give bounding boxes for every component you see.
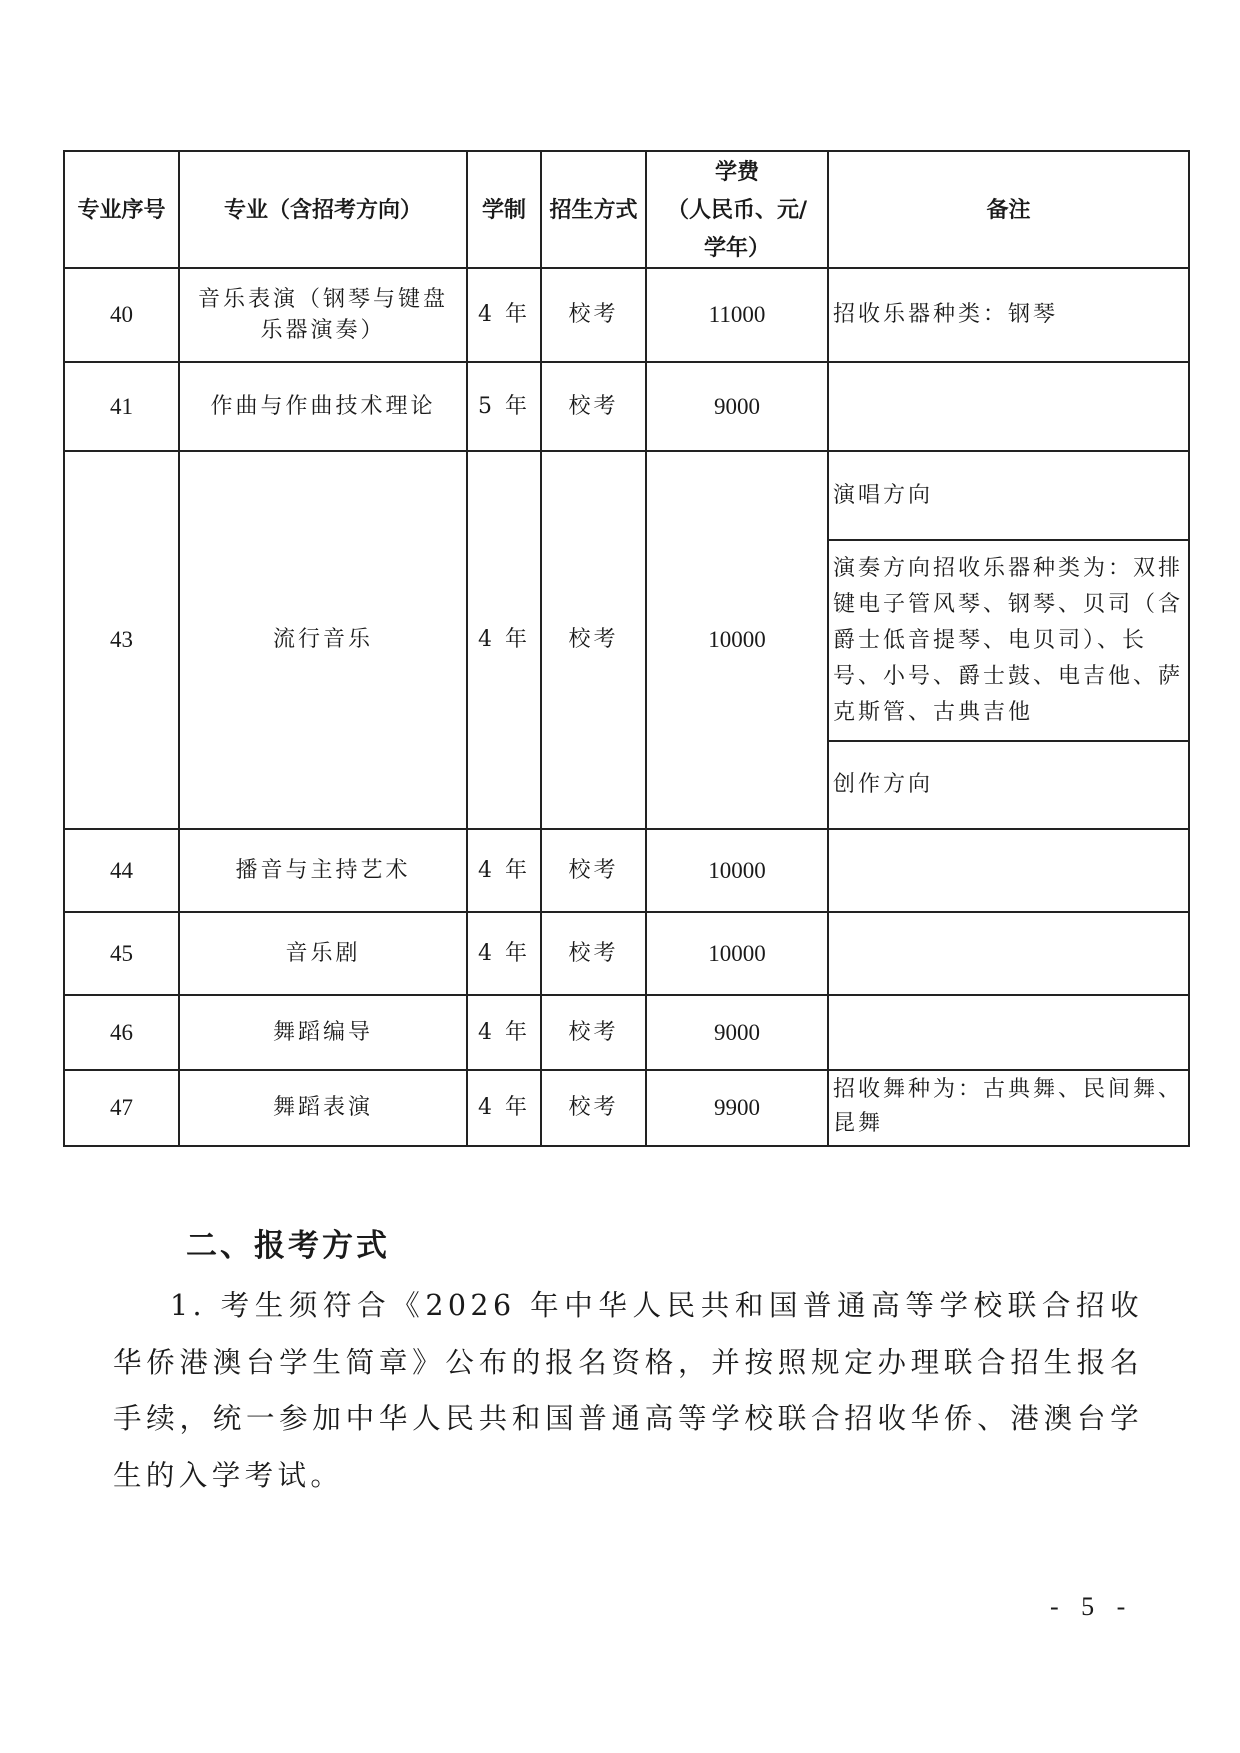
cell-seq: 47 [64, 1070, 179, 1146]
header-fee: 学费 （人民币、元/ 学年） [646, 151, 828, 268]
header-admission: 招生方式 [541, 151, 646, 268]
table-row: 44 播音与主持艺术 4 年 校考 10000 [64, 829, 1189, 912]
cell-remarks: 招收乐器种类：钢琴 [828, 268, 1189, 362]
cell-seq: 43 [64, 451, 179, 829]
cell-admission: 校考 [541, 362, 646, 451]
cell-admission: 校考 [541, 995, 646, 1070]
table-row: 45 音乐剧 4 年 校考 10000 [64, 912, 1189, 995]
remarks-stack: 演唱方向 演奏方向招收乐器种类为：双排键电子管风琴、钢琴、贝司（含爵士低音提琴、… [829, 452, 1188, 828]
cell-major: 播音与主持艺术 [179, 829, 467, 912]
cell-admission: 校考 [541, 451, 646, 829]
cell-duration: 4 年 [467, 829, 541, 912]
header-fee-line2: （人民币、元/ [647, 191, 827, 229]
table-row: 47 舞蹈表演 4 年 校考 9900 招收舞种为：古典舞、民间舞、昆舞 [64, 1070, 1189, 1146]
cell-remarks [828, 829, 1189, 912]
remark-performance: 演奏方向招收乐器种类为：双排键电子管风琴、钢琴、贝司（含爵士低音提琴、电贝司）、… [829, 541, 1188, 742]
table-row: 43 流行音乐 4 年 校考 10000 演唱方向 演奏方向招收乐器种类为：双排… [64, 451, 1189, 829]
table-row: 46 舞蹈编导 4 年 校考 9000 [64, 995, 1189, 1070]
cell-major: 音乐表演（钢琴与键盘乐器演奏） [179, 268, 467, 362]
cell-major: 作曲与作曲技术理论 [179, 362, 467, 451]
remark-composition: 创作方向 [829, 742, 1188, 828]
cell-major: 舞蹈编导 [179, 995, 467, 1070]
remark-singing: 演唱方向 [829, 452, 1188, 541]
table-row: 41 作曲与作曲技术理论 5 年 校考 9000 [64, 362, 1189, 451]
cell-remarks [828, 362, 1189, 451]
cell-fee: 10000 [646, 912, 828, 995]
header-major: 专业（含招考方向） [179, 151, 467, 268]
cell-admission: 校考 [541, 1070, 646, 1146]
cell-duration: 4 年 [467, 995, 541, 1070]
cell-seq: 46 [64, 995, 179, 1070]
header-duration: 学制 [467, 151, 541, 268]
header-remarks: 备注 [828, 151, 1189, 268]
cell-admission: 校考 [541, 829, 646, 912]
cell-fee: 9000 [646, 995, 828, 1070]
cell-seq: 41 [64, 362, 179, 451]
cell-major: 音乐剧 [179, 912, 467, 995]
table-header-row: 专业序号 专业（含招考方向） 学制 招生方式 学费 （人民币、元/ 学年） 备注 [64, 151, 1189, 268]
cell-major: 舞蹈表演 [179, 1070, 467, 1146]
cell-admission: 校考 [541, 912, 646, 995]
section-heading: 二、报考方式 [186, 1220, 390, 1265]
section-paragraph: 1. 考生须符合《2026 年中华人民共和国普通高等学校联合招收华侨港澳台学生简… [113, 1278, 1143, 1504]
cell-admission: 校考 [541, 268, 646, 362]
cell-remarks [828, 912, 1189, 995]
cell-remarks [828, 995, 1189, 1070]
cell-seq: 40 [64, 268, 179, 362]
cell-remarks: 招收舞种为：古典舞、民间舞、昆舞 [828, 1070, 1189, 1146]
cell-fee: 11000 [646, 268, 828, 362]
cell-duration: 4 年 [467, 912, 541, 995]
header-seq: 专业序号 [64, 151, 179, 268]
cell-remarks: 演唱方向 演奏方向招收乐器种类为：双排键电子管风琴、钢琴、贝司（含爵士低音提琴、… [828, 451, 1189, 829]
cell-duration: 4 年 [467, 451, 541, 829]
cell-major: 流行音乐 [179, 451, 467, 829]
header-fee-line1: 学费 [647, 153, 827, 191]
cell-duration: 4 年 [467, 268, 541, 362]
cell-fee: 10000 [646, 451, 828, 829]
table-row: 40 音乐表演（钢琴与键盘乐器演奏） 4 年 校考 11000 招收乐器种类：钢… [64, 268, 1189, 362]
cell-seq: 45 [64, 912, 179, 995]
cell-fee: 9000 [646, 362, 828, 451]
cell-fee: 10000 [646, 829, 828, 912]
cell-duration: 5 年 [467, 362, 541, 451]
cell-seq: 44 [64, 829, 179, 912]
cell-duration: 4 年 [467, 1070, 541, 1146]
majors-table: 专业序号 专业（含招考方向） 学制 招生方式 学费 （人民币、元/ 学年） 备注… [63, 150, 1190, 1147]
header-fee-line3: 学年） [647, 229, 827, 267]
page-number: - 5 - [1050, 1592, 1133, 1622]
cell-fee: 9900 [646, 1070, 828, 1146]
